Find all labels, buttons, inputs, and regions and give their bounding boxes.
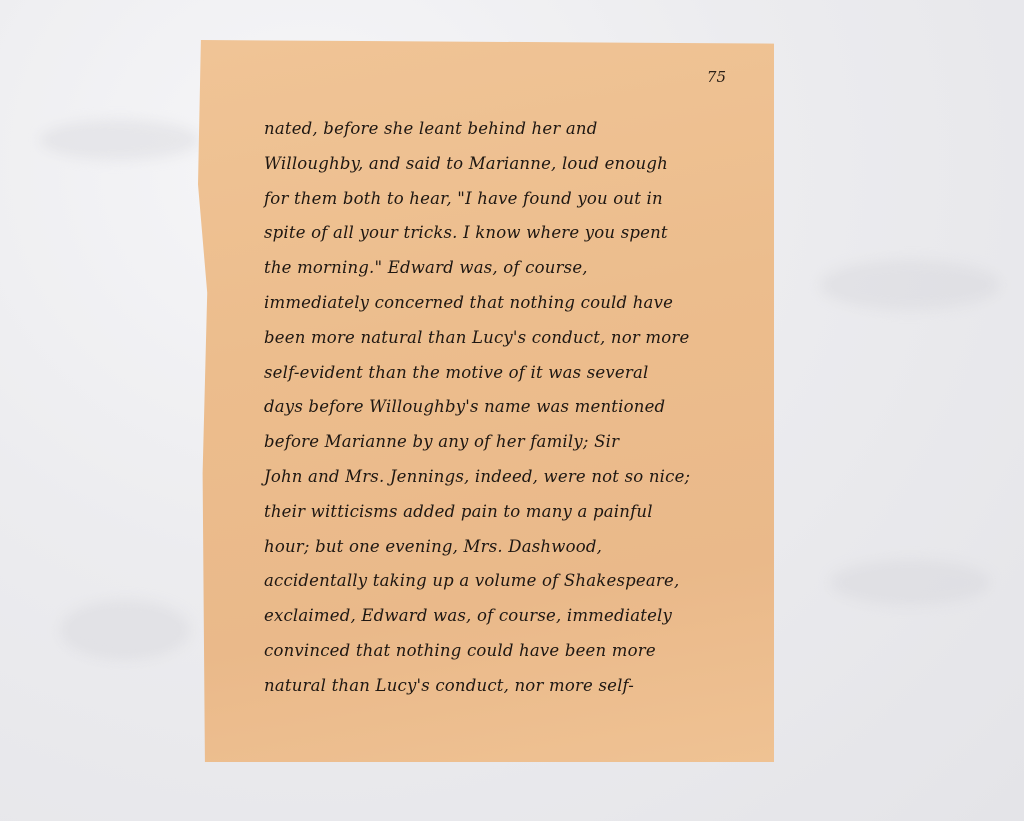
text-line: self-evident than the motive of it was s… (264, 356, 748, 391)
text-line: accidentally taking up a volume of Shake… (264, 564, 748, 599)
text-line: spite of all your tricks. I know where y… (264, 216, 748, 251)
text-line: for them both to hear, "I have found you… (264, 182, 748, 217)
text-line: before Marianne by any of her family; Si… (264, 425, 748, 460)
cloth-fold (820, 260, 1000, 310)
text-line: nated, before she leant behind her and (264, 112, 748, 147)
page-number: 75 (707, 68, 726, 86)
text-line: exclaimed, Edward was, of course, immedi… (264, 599, 748, 634)
handwritten-text-block: nated, before she leant behind her and W… (264, 112, 748, 704)
text-line: days before Willoughby's name was mentio… (264, 390, 748, 425)
text-line: the morning." Edward was, of course, (264, 251, 748, 286)
text-line: John and Mrs. Jennings, indeed, were not… (264, 460, 748, 495)
text-line: convinced that nothing could have been m… (264, 634, 748, 669)
cloth-fold (830, 560, 990, 605)
text-line: their witticisms added pain to many a pa… (264, 495, 748, 530)
handwritten-page: 75 nated, before she leant behind her an… (198, 40, 774, 762)
text-line: hour; but one evening, Mrs. Dashwood, (264, 530, 748, 565)
text-line: natural than Lucy's conduct, nor more se… (264, 669, 748, 704)
text-line: Willoughby, and said to Marianne, loud e… (264, 147, 748, 182)
text-line: been more natural than Lucy's conduct, n… (264, 321, 748, 356)
cloth-fold (60, 600, 190, 660)
text-line: immediately concerned that nothing could… (264, 286, 748, 321)
cloth-fold (40, 120, 200, 160)
